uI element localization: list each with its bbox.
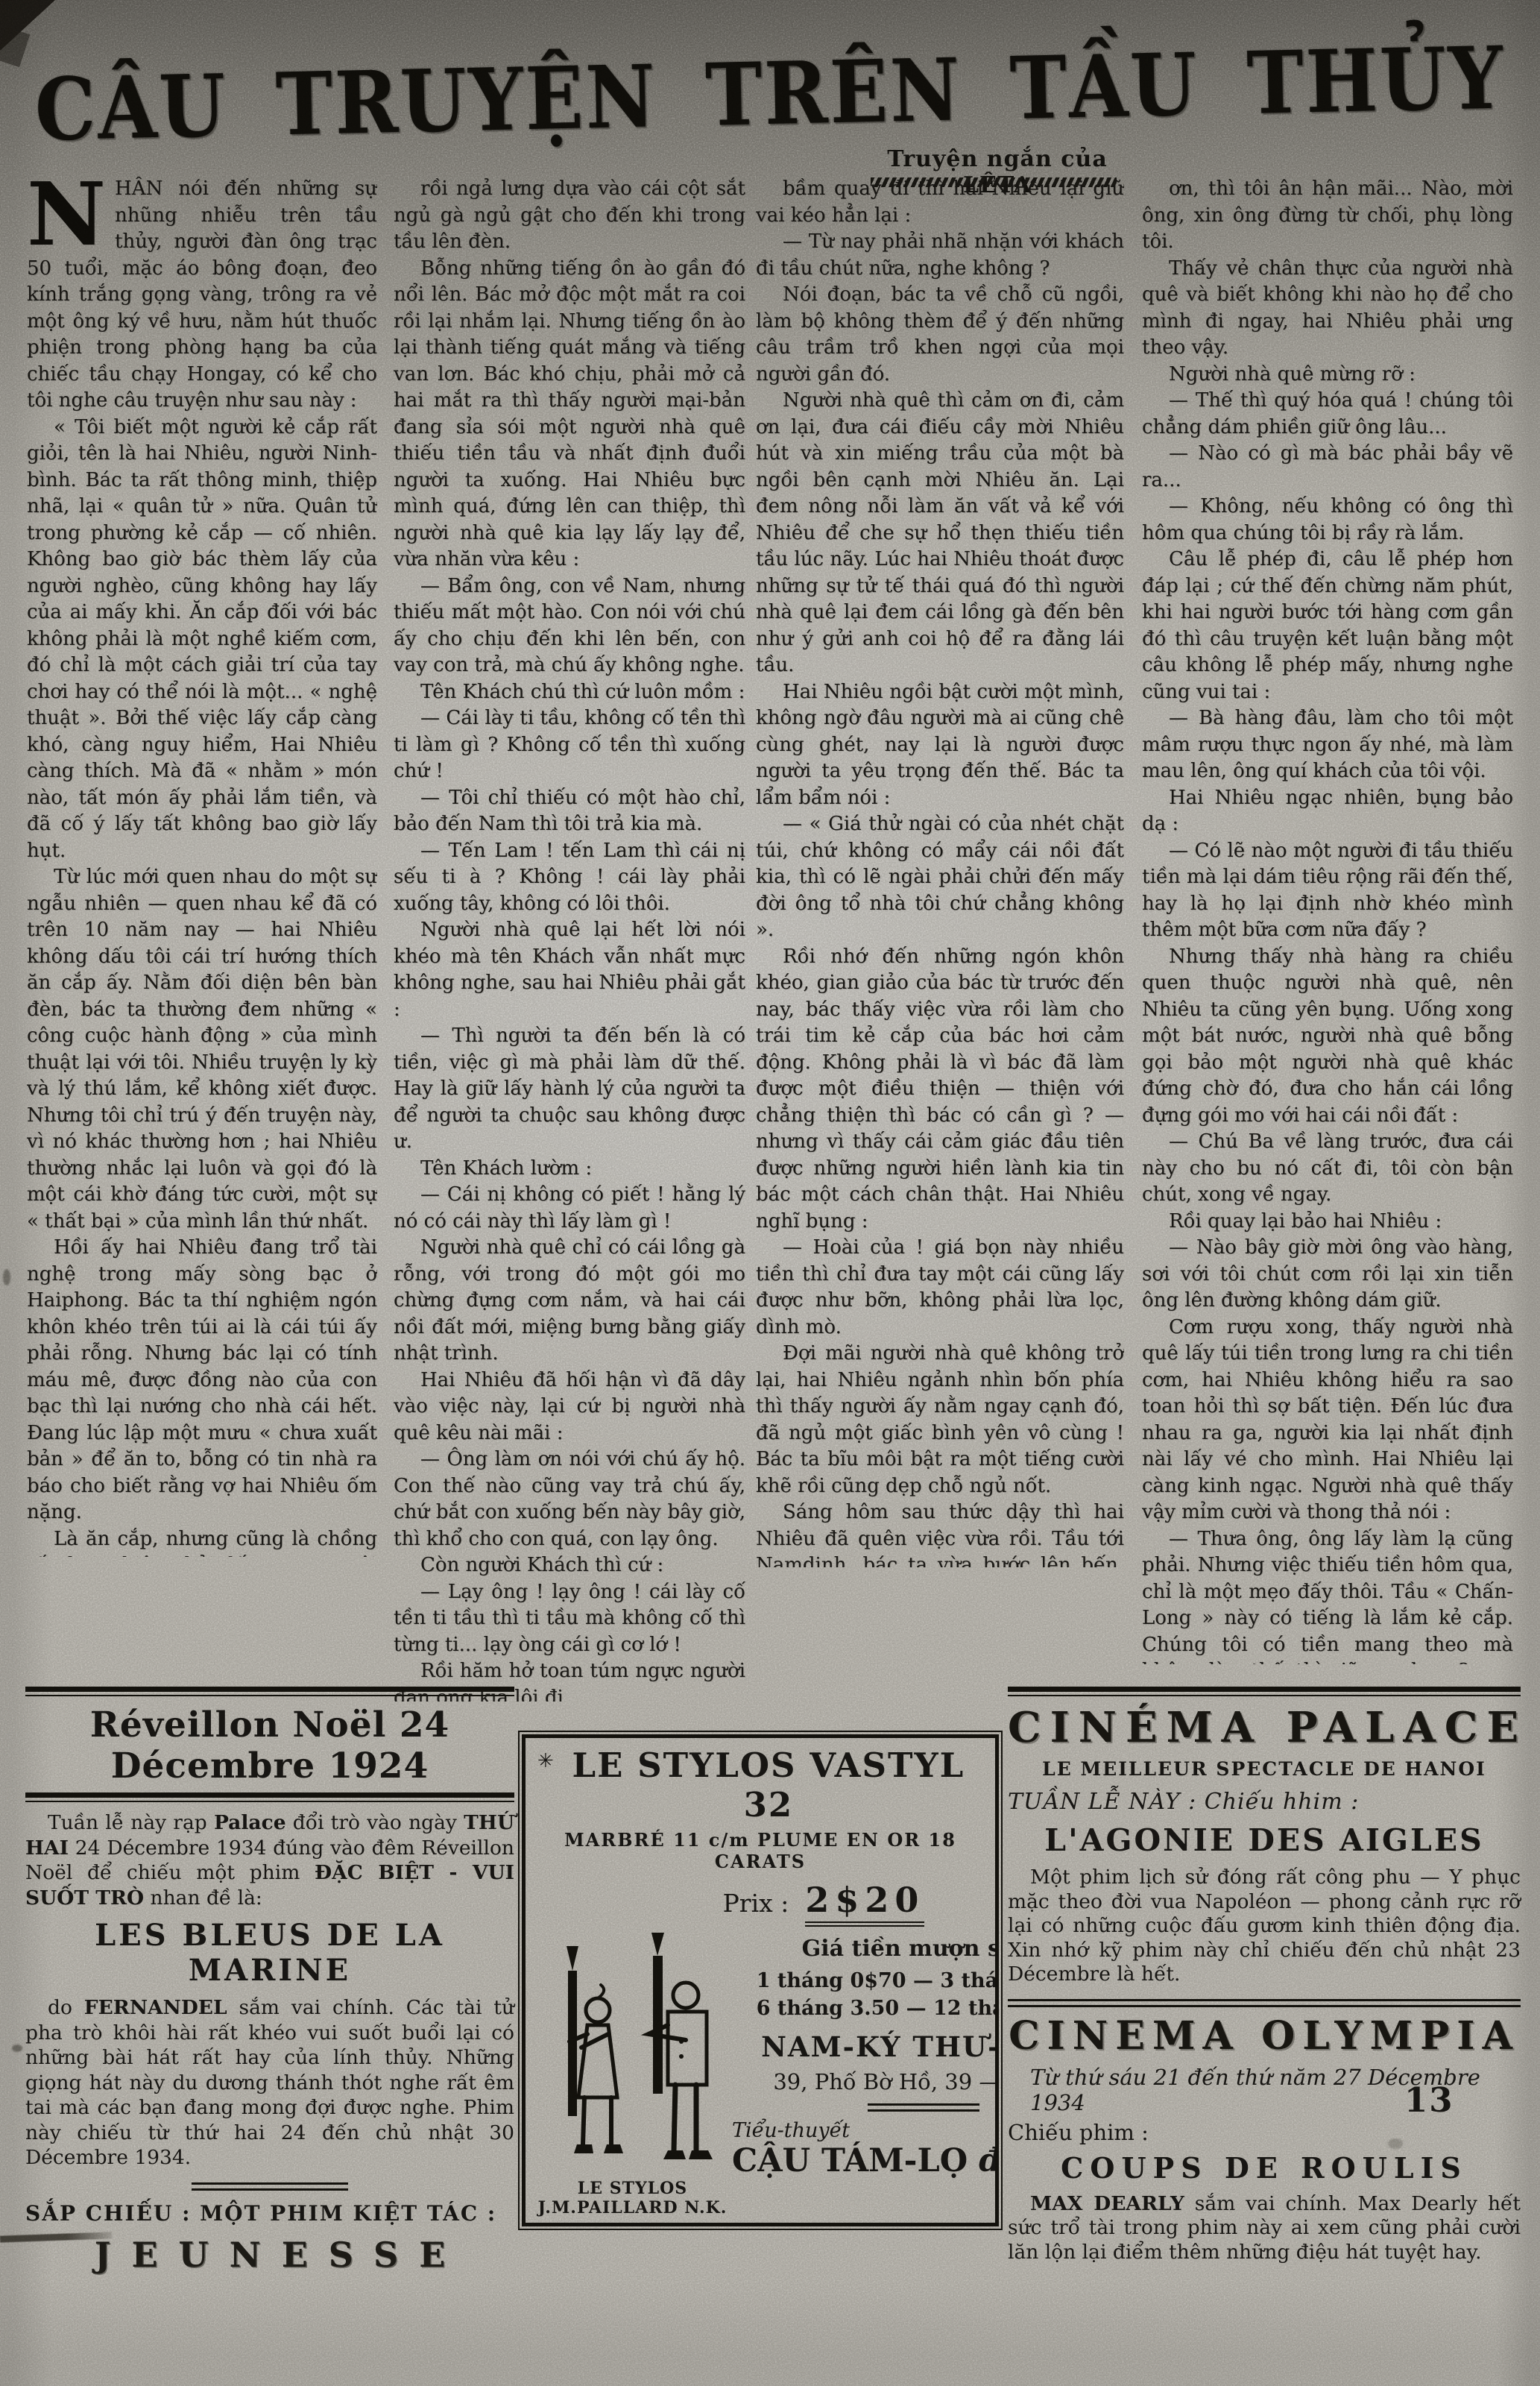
ad-reveillon-paragraph-1: Tuần lễ này rạp Palace đổi trò vào ngày … <box>25 1810 514 1910</box>
drop-cap: N <box>27 176 115 248</box>
story-column-2: rồi ngả lưng dựa vào cái cột sắt ngủ gà … <box>394 176 745 1702</box>
text-segment: đang in <box>979 2142 999 2179</box>
paragraph: ơn, thì tôi ân hận mãi... Nào, mời ông, … <box>1142 176 1513 256</box>
price-line: Prix : 2$20 <box>537 1880 983 1927</box>
price-label: Prix : <box>723 1889 789 1918</box>
cinema-olympia-title: CINEMA OLYMPIA <box>1008 2013 1521 2059</box>
small-double-rule <box>868 2103 979 2112</box>
text-segment: đổi trò vào ngày <box>286 1811 464 1834</box>
page-number: 13 <box>1404 2080 1454 2120</box>
paragraph: « Tôi biết một người kẻ cắp rất giỏi, tê… <box>27 415 377 865</box>
smudge-artifact <box>3 1269 10 1285</box>
novel-title: CẬU TÁM-LỌ đang in <box>732 2142 999 2179</box>
paragraph: — Tôi chỉ thiếu có một hào chỉ, bảo đến … <box>394 785 745 838</box>
smudge-artifact <box>1388 2138 1403 2149</box>
paragraph: — Ông làm ơn nói với chú ấy hộ. Con thế … <box>394 1447 745 1552</box>
palace-film-title: L'AGONIE DES AIGLES <box>1008 1822 1521 1858</box>
paragraph: — Thế thì quý hóa quá ! chúng tôi chẳng … <box>1142 388 1513 441</box>
text-segment: Palace <box>214 1811 286 1834</box>
ad-rule-top <box>1008 1687 1521 1697</box>
paragraph: Nhưng thấy nhà hàng ra chiều quen thuộc … <box>1142 944 1513 1130</box>
rental-heading: Giá tiền mượn sách <box>732 1936 999 1962</box>
paragraph: Hồi ấy hai Nhiêu đang trổ tài nghệ trong… <box>27 1235 377 1526</box>
paragraph: Cơm rượu xong, thấy người nhà quê lấy tú… <box>1142 1315 1513 1526</box>
rental-prices-1: 1 tháng 0$70 — 3 tháng 1$75 <box>732 1969 999 1992</box>
text-segment: do <box>48 1996 84 2019</box>
rental-prices-2: 6 tháng 3.50 — 12 tháng 7.00 <box>732 1997 999 2020</box>
section-divider-rule <box>1008 1999 1521 2007</box>
paragraph: NHÂN nói đến những sự nhũng nhiễu trên t… <box>27 176 377 415</box>
paragraph: Thấy vẻ chân thực của người nhà quê và b… <box>1142 256 1513 362</box>
asterisk-icon: ✳ <box>537 1750 554 1772</box>
paragraph: Người nhà quê thì cảm ơn đi, cảm ơn lại,… <box>756 388 1124 679</box>
ad-rule-bottom <box>25 1792 514 1803</box>
olympia-film-description: MAX DEARLY sắm vai chính. Max Dearly hết… <box>1008 2192 1521 2265</box>
smudge-artifact <box>12 2045 22 2052</box>
paragraph: Bỗng những tiếng ồn ào gần đó nổi lên. B… <box>394 256 745 573</box>
ad-stylos-subtitle: MARBRÉ 11 c/m PLUME EN OR 18 CARATS <box>537 1829 983 1872</box>
ad-reveillon-paragraph-2: do FERNANDEL sắm vai chính. Các tài tử p… <box>25 1995 514 2171</box>
paragraph: — Cái lày ti tầu, không cố tền thì ti là… <box>394 705 745 785</box>
story-column-4: ơn, thì tôi ân hận mãi... Nào, mời ông, … <box>1142 176 1513 1664</box>
paragraph: Sáng hôm sau thức dậy thì hai Nhiêu đã q… <box>756 1499 1124 1567</box>
paragraph: Còn người Khách thì cứ : <box>394 1552 745 1579</box>
paragraph: Rồi quay lại bảo hai Nhiêu : <box>1142 1209 1513 1236</box>
ad-cinemas: CINÉMA PALACE LE MEILLEUR SPECTACLE DE H… <box>1008 1687 1521 2264</box>
coming-soon-label: SẮP CHIẾU : MỘT PHIM KIỆT TÁC : <box>25 2201 514 2226</box>
paragraph: — Nào có gì mà bác phải bầy vẽ ra... <box>1142 441 1513 494</box>
text-segment: CẬU TÁM-LỌ <box>732 2142 979 2179</box>
paragraph: rồi ngả lưng dựa vào cái cột sắt ngủ gà … <box>394 176 745 256</box>
paragraph: — Bà hàng đâu, làm cho tôi một mâm rượu … <box>1142 705 1513 785</box>
stylos-illustration-block: LE STYLOS J.M.PAILLARD N.K. <box>537 1930 728 2217</box>
paragraph: bầm quay đi thì hai Nhiêu lại giữ vai ké… <box>756 176 1124 229</box>
paragraph: Tên Khách lườm : <box>394 1156 745 1183</box>
story-column-3: bầm quay đi thì hai Nhiêu lại giữ vai ké… <box>756 176 1124 1567</box>
coming-soon-film-title: JEUNESSE <box>25 2235 514 2275</box>
paragraph: — Hoài của ! giá bọn này nhiều tiền thì … <box>756 1235 1124 1341</box>
ad-le-stylos: ✳ LE STYLOS VASTYL 32 MARBRÉ 11 c/m PLUM… <box>522 1734 999 2226</box>
olympia-film-title: COUPS DE ROULIS <box>1008 2151 1521 2185</box>
paragraph: — Nào bây giờ mời ông vào hàng, sơi với … <box>1142 1235 1513 1315</box>
price-value: 2$20 <box>805 1880 924 1927</box>
paragraph: Tên Khách chú thì cứ luôn mồm : <box>394 679 745 706</box>
paragraph: — Không, nếu không có ông thì hôm qua ch… <box>1142 494 1513 547</box>
paragraph: Người nhà quê mừng rỡ : <box>1142 362 1513 388</box>
paragraph: Hai Nhiêu đã hối hận vì đã dây vào việc … <box>394 1367 745 1447</box>
paragraph: — Thưa ông, ông lấy làm lạ cũng phải. Nh… <box>1142 1526 1513 1665</box>
paragraph: Nói đoạn, bác ta về chỗ cũ ngồi, làm bộ … <box>756 282 1124 388</box>
paragraph: Hai Nhiêu ngạc nhiên, bụng bảo dạ : <box>1142 785 1513 838</box>
paragraph: — Lạy ông ! lạy ông ! cái lày cố tền ti … <box>394 1579 745 1659</box>
paragraph: — Tến Lam ! tến Lam thì cái nị sếu ti à … <box>394 838 745 918</box>
ad-reveillon-palace: Réveillon Noël 24 Décembre 1924 Tuần lễ … <box>25 1687 514 2275</box>
text-segment: MAX DEARLY <box>1030 2192 1184 2215</box>
paragraph: Câu lễ phép đi, câu lễ phép hơn đáp lại … <box>1142 547 1513 705</box>
stylos-logo-caption-1: LE STYLOS <box>537 2179 728 2198</box>
story-column-1: NHÂN nói đến những sự nhũng nhiễu trên t… <box>27 176 377 1557</box>
paragraph: Từ lúc mới quen nhau do một sự ngẫu nhiê… <box>27 864 377 1235</box>
paragraph: — Từ nay phải nhã nhặn với khách đi tầu … <box>756 229 1124 282</box>
library-address: 39, Phố Bờ Hồ, 39 — Hanoi <box>732 2069 999 2094</box>
paragraph: — Có lẽ nào một người đi tầu thiếu tiền … <box>1142 838 1513 944</box>
paragraph: — « Giá thử ngài có của nhét chặt túi, c… <box>756 811 1124 944</box>
library-name: NAM-KÝ THƯ-VIỆN <box>732 2030 999 2063</box>
olympia-show-label: Chiếu phim : <box>1008 2120 1521 2145</box>
novel-label: Tiểu-thuyết <box>732 2119 999 2142</box>
ad-stylos-title: LE STYLOS VASTYL 32 <box>554 1746 983 1825</box>
paragraph: — Chú Ba về làng trước, đưa cái này cho … <box>1142 1129 1513 1209</box>
paragraph: Đợi mãi người nhà quê không trở lại, hai… <box>756 1341 1124 1499</box>
text-segment: nhan đề là: <box>144 1886 262 1910</box>
ad-reveillon-heading: Réveillon Noël 24 Décembre 1924 <box>25 1704 514 1787</box>
text-segment: Tuần lễ này rạp <box>48 1811 214 1834</box>
two-figures-holding-pens-illustration <box>540 1930 726 2176</box>
stylos-logo-caption-2: J.M.PAILLARD N.K. <box>537 2198 728 2217</box>
palace-film-description: Một phim lịch sử đóng rất công phu — Y p… <box>1008 1866 1521 1987</box>
cinema-palace-tagline: LE MEILLEUR SPECTACLE DE HANOI <box>1008 1758 1521 1780</box>
paragraph: Hai Nhiêu ngồi bật cười một mình, không … <box>756 679 1124 812</box>
text-segment: FERNANDEL <box>84 1996 227 2019</box>
paragraph: Người nhà quê lại hết lời nói khéo mà tê… <box>394 917 745 1023</box>
small-double-rule <box>192 2182 348 2191</box>
paragraph: Là ăn cắp, nhưng cũng là chồng tốt, hai … <box>27 1526 377 1558</box>
cinema-palace-week-line: TUẦN LỄ NÀY : Chiếu hhim : <box>1008 1789 1521 1815</box>
paragraph: — Cái nị không có piết ! hằng lý nó có c… <box>394 1182 745 1235</box>
ad-rule-top <box>25 1687 514 1697</box>
ad-film-title-les-bleus: LES BLEUS DE LA MARINE <box>25 1918 514 1988</box>
cinema-palace-title: CINÉMA PALACE <box>1008 1703 1521 1752</box>
paragraph: — Bẩm ông, con về Nam, nhưng thiếu mất m… <box>394 573 745 679</box>
text-segment: sắm vai chính. Các tài tử pha trò khôi h… <box>25 1996 514 2169</box>
paragraph: — Thì người ta đến bến là có tiền, việc … <box>394 1023 745 1156</box>
paragraph: Người nhà quê chỉ có cái lồng gà rỗng, v… <box>394 1235 745 1367</box>
paragraph: Rồi nhớ đến những ngón khôn khéo, gian g… <box>756 944 1124 1236</box>
